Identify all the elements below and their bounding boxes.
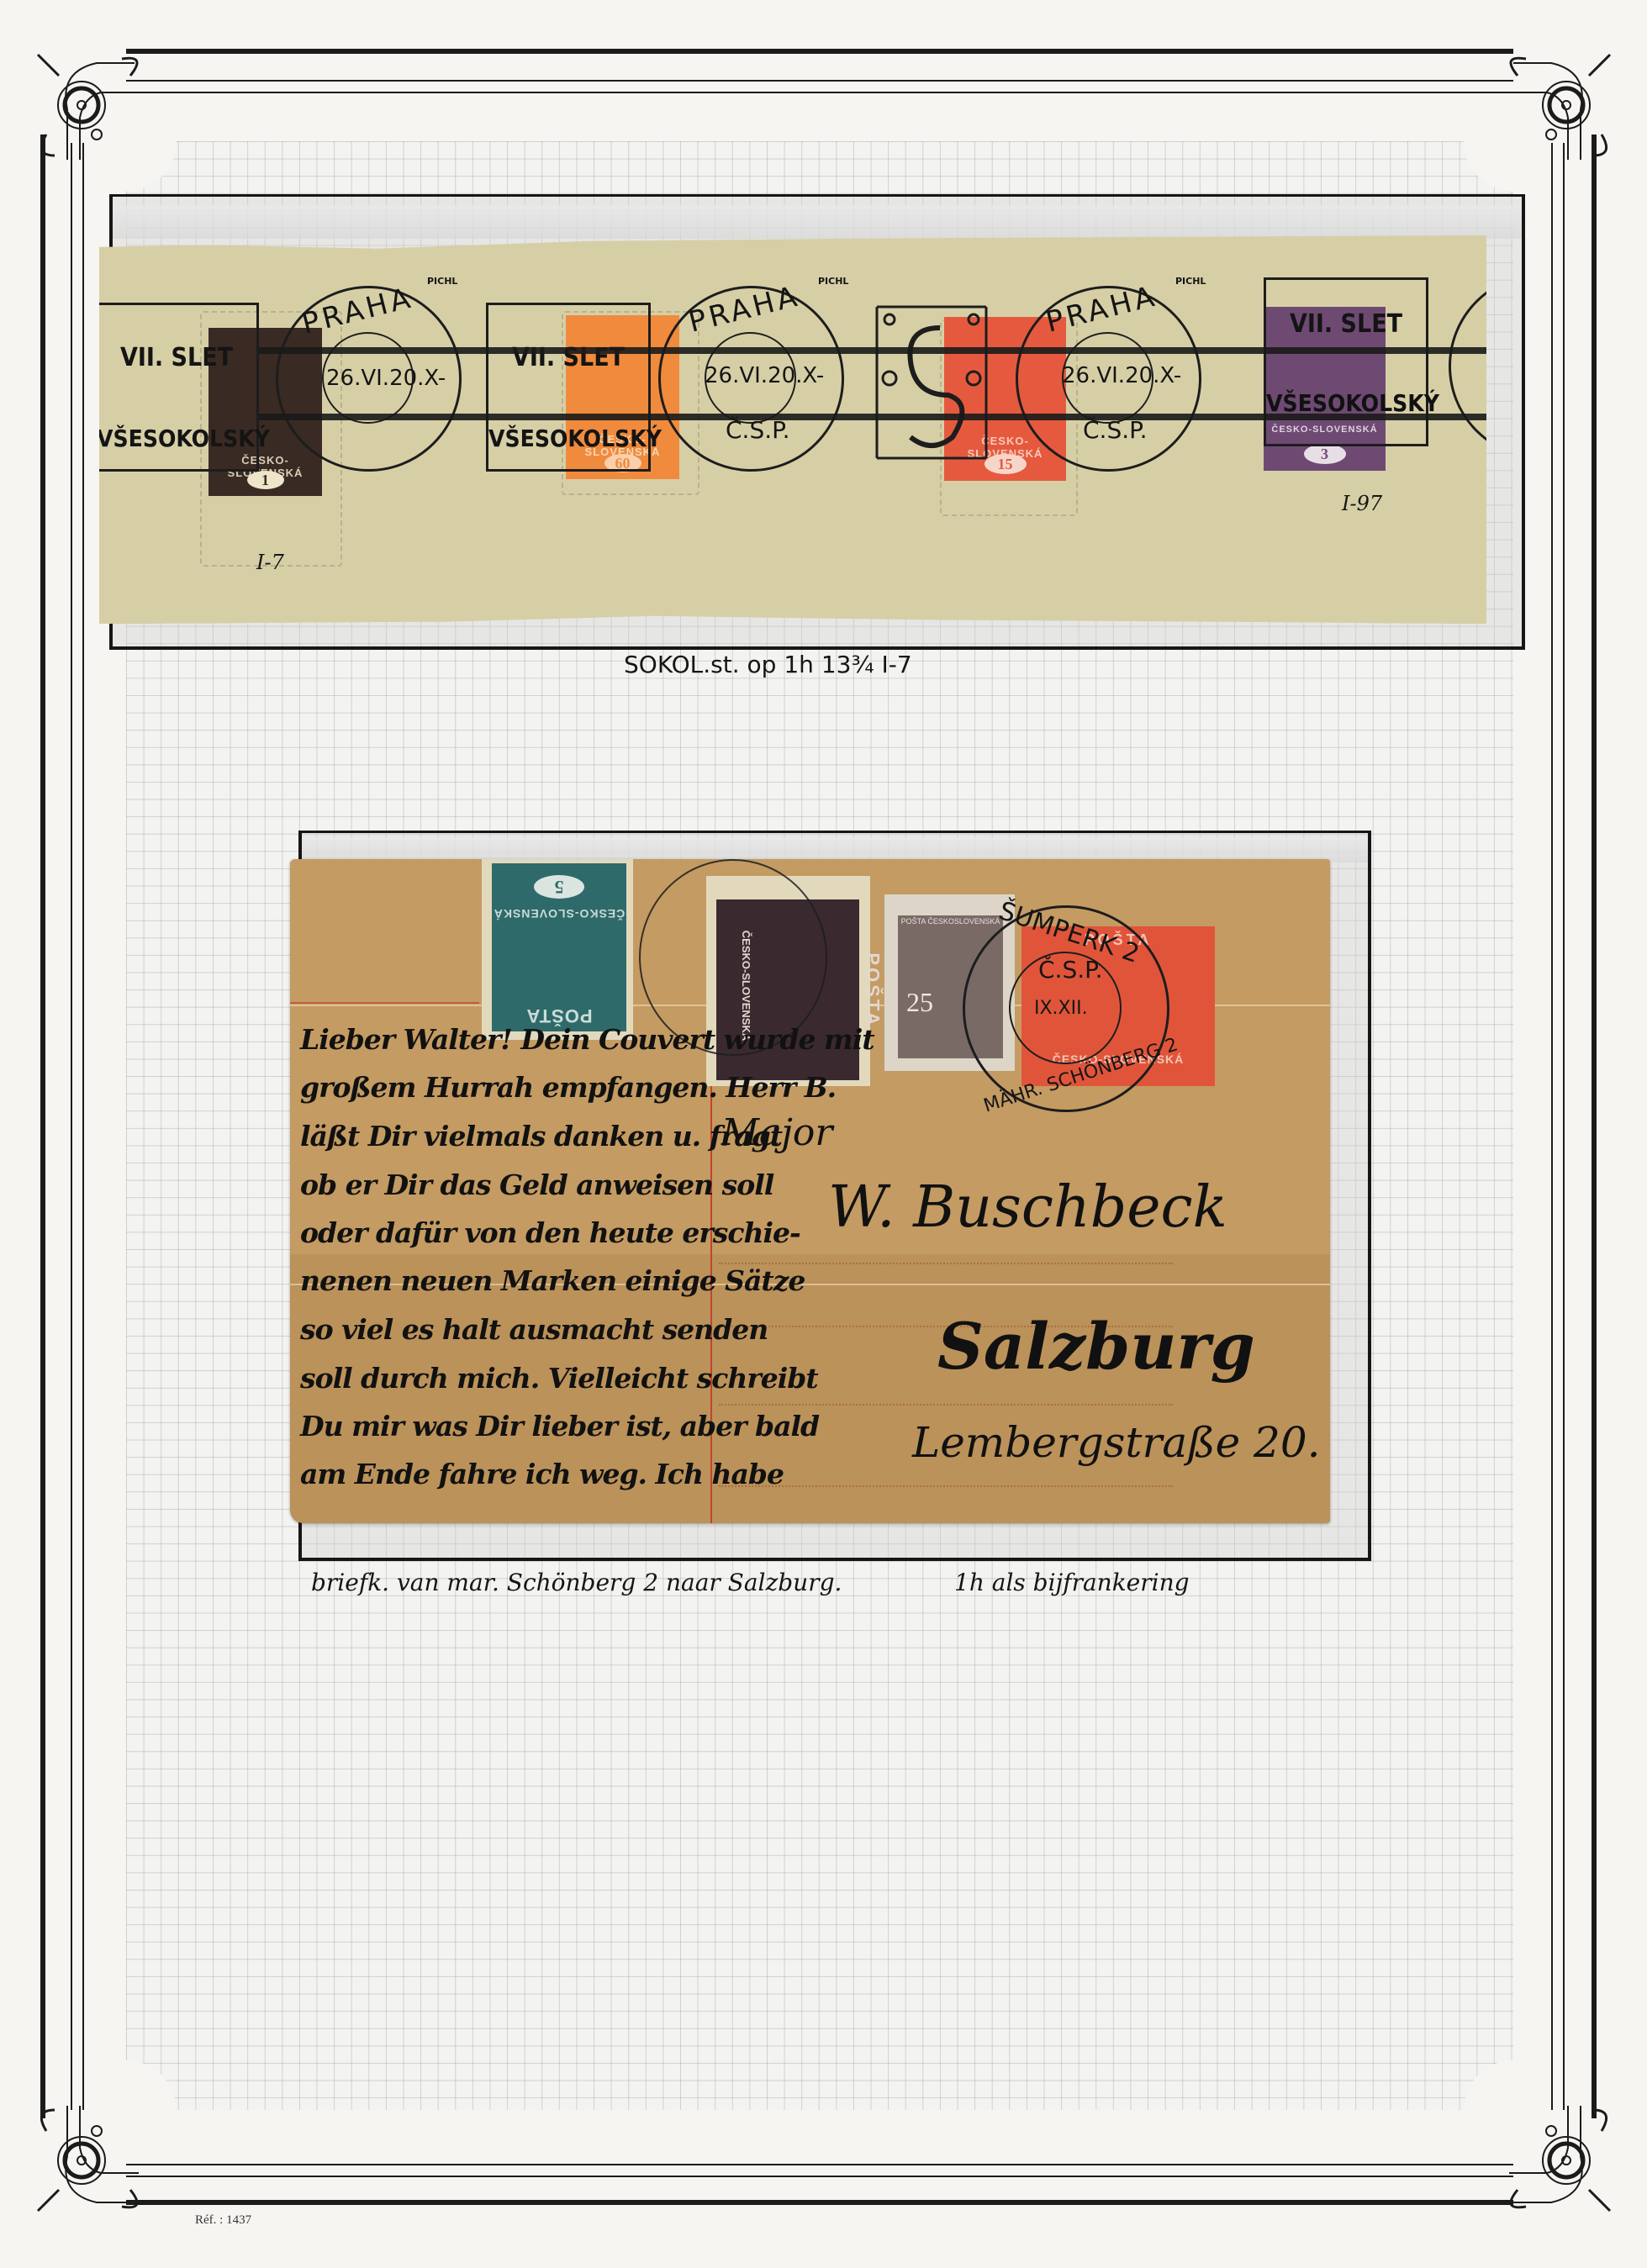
frame-left-thin-1	[71, 143, 72, 2110]
frame-top-thick	[126, 49, 1513, 54]
postcard: ČESKO-SLOVENSKÁ POŠTA 5 POŠTA ČESKO-SLOV…	[290, 859, 1330, 1523]
page-reference: Réf. : 1437	[195, 2213, 251, 2228]
address-title: Major	[721, 1111, 832, 1154]
stamp-5h-green[interactable]: ČESKO-SLOVENSKÁ POŠTA 5	[482, 859, 633, 1040]
address-line	[719, 1404, 1173, 1406]
address-line	[719, 1485, 1173, 1487]
slogan-cancel: VII. SLET VŠESOKOLSKÝ	[94, 303, 259, 472]
frame-top-thin-2	[126, 92, 1513, 93]
frame-bottom-thin-2	[126, 2176, 1513, 2177]
stamp-design: ČESKO-SLOVENSKÁ POŠTA 5	[492, 863, 626, 1031]
ornament-corner-top-right-icon	[1501, 38, 1627, 164]
stamp-note: I-7	[256, 551, 284, 574]
frame-bottom-thick	[126, 2200, 1513, 2205]
frame-left-thin-2	[82, 143, 84, 2110]
frame-right-thin-2	[1563, 143, 1565, 2110]
ornament-corner-bottom-right-icon	[1501, 2102, 1627, 2228]
frame-bottom-thin-1	[126, 2164, 1513, 2165]
slogan-cancel: VII. SLET VŠESOKOLSKÝ	[1264, 277, 1428, 446]
ornament-corner-top-left-icon	[21, 38, 147, 164]
frame-left-thick	[40, 134, 45, 2118]
frame-right-thick	[1592, 134, 1597, 2118]
ornament-corner-bottom-left-icon	[21, 2102, 147, 2228]
postmark-circle	[1449, 273, 1634, 459]
card-header-rule	[290, 1002, 479, 1004]
address-street: Lembergstraße 20.	[912, 1418, 1321, 1467]
cancel-bar	[259, 414, 1486, 420]
stamp-note: I-97	[1342, 492, 1382, 515]
address-name: W. Buschbeck	[828, 1174, 1227, 1241]
address-city: Salzburg	[937, 1309, 1255, 1384]
cancel-bar	[259, 347, 1486, 354]
frame-top-thin-1	[126, 80, 1513, 82]
top-item-caption: SOKOL.st. op 1h 13¾ I-7	[624, 651, 912, 678]
frame-right-thin-1	[1551, 143, 1553, 2110]
mount-sheen	[113, 205, 1522, 239]
bottom-item-caption-left: briefk. van mar. Schönberg 2 naar Salzbu…	[311, 1569, 842, 1596]
bottom-item-caption-right: 1h als bijfrankering	[954, 1569, 1190, 1596]
sokol-emblem-cancel-icon	[873, 303, 990, 462]
slogan-cancel: VII. SLET VŠESOKOLSKÝ	[486, 303, 651, 472]
stamp-strip: ČESKO-SLOVENSKÁ 1 I-7 ČESKO-SLOVENSKÁ 60…	[99, 235, 1486, 624]
